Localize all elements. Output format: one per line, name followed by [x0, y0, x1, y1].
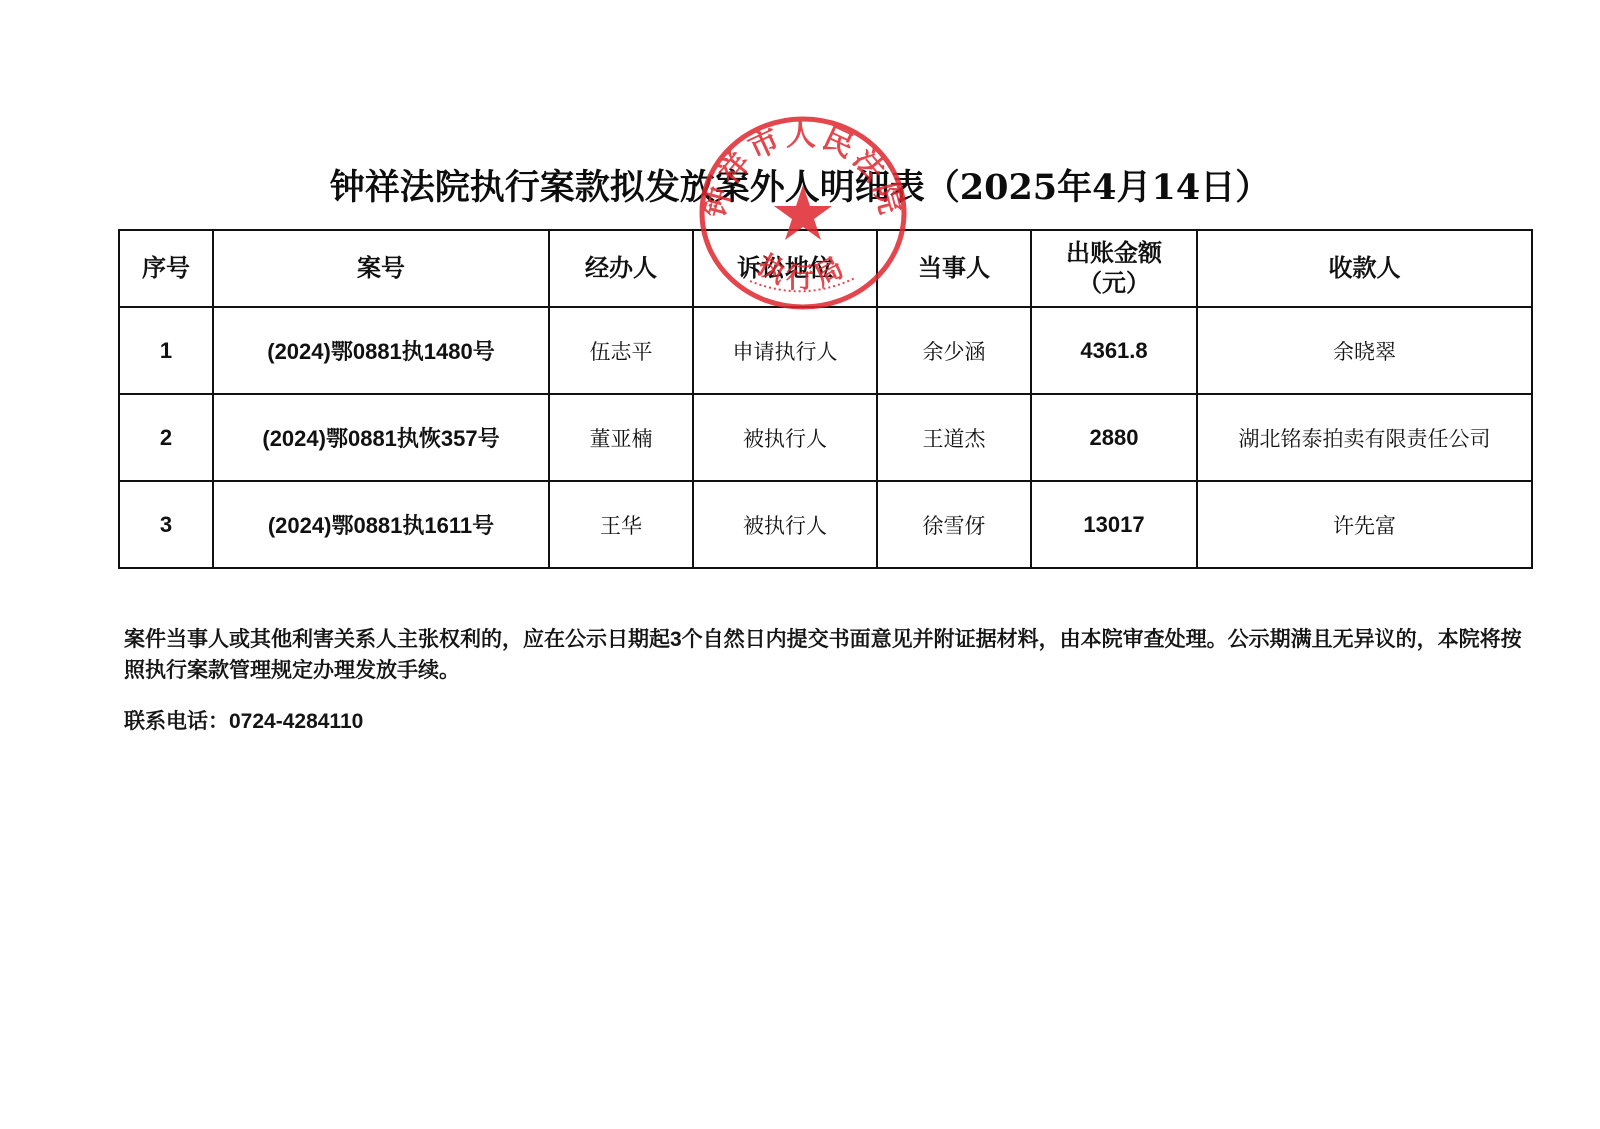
- cell-handler: 王华: [549, 481, 693, 568]
- header-case-no: 案号: [213, 230, 549, 307]
- contact-label: 联系电话：: [124, 710, 229, 733]
- cell-handler: 董亚楠: [549, 394, 693, 481]
- cell-party: 徐雪伢: [877, 481, 1031, 568]
- payout-table-container: 序号 案号 经办人 诉讼地位 当事人 出账金额 （元） 收款人 1 (2024)…: [118, 229, 1531, 569]
- cell-seq: 2: [119, 394, 213, 481]
- contact-phone: 0724-4284110: [229, 710, 363, 733]
- header-amount-line2: （元）: [1032, 269, 1196, 299]
- cell-party: 余少涵: [877, 307, 1031, 394]
- objection-notice: 案件当事人或其他利害关系人主张权利的，应在公示日期起3个自然日内提交书面意见并附…: [124, 624, 1524, 686]
- cell-seq: 3: [119, 481, 213, 568]
- payout-detail-table: 序号 案号 经办人 诉讼地位 当事人 出账金额 （元） 收款人 1 (2024)…: [118, 229, 1533, 569]
- contact-line: 联系电话：0724-4284110: [124, 706, 363, 737]
- header-amount-line1: 出账金额: [1032, 239, 1196, 269]
- table-row: 2 (2024)鄂0881执恢357号 董亚楠 被执行人 王道杰 2880 湖北…: [119, 394, 1532, 481]
- cell-seq: 1: [119, 307, 213, 394]
- cell-amount: 2880: [1031, 394, 1197, 481]
- cell-amount: 13017: [1031, 481, 1197, 568]
- table-row: 1 (2024)鄂0881执1480号 伍志平 申请执行人 余少涵 4361.8…: [119, 307, 1532, 394]
- header-amount: 出账金额 （元）: [1031, 230, 1197, 307]
- table-header-row: 序号 案号 经办人 诉讼地位 当事人 出账金额 （元） 收款人: [119, 230, 1532, 307]
- cell-party: 王道杰: [877, 394, 1031, 481]
- cell-litigation-status: 申请执行人: [693, 307, 877, 394]
- cell-case-no: (2024)鄂0881执1480号: [213, 307, 549, 394]
- header-seq: 序号: [119, 230, 213, 307]
- header-litigation-status: 诉讼地位: [693, 230, 877, 307]
- cell-case-no: (2024)鄂0881执恢357号: [213, 394, 549, 481]
- cell-amount: 4361.8: [1031, 307, 1197, 394]
- cell-payee: 湖北铭泰拍卖有限责任公司: [1197, 394, 1532, 481]
- header-party: 当事人: [877, 230, 1031, 307]
- cell-handler: 伍志平: [549, 307, 693, 394]
- header-payee: 收款人: [1197, 230, 1532, 307]
- header-handler: 经办人: [549, 230, 693, 307]
- page-title: 钟祥法院执行案款拟发放案外人明细表（2025年4月14日）: [0, 160, 1600, 216]
- cell-payee: 余晓翠: [1197, 307, 1532, 394]
- cell-litigation-status: 被执行人: [693, 481, 877, 568]
- cell-litigation-status: 被执行人: [693, 394, 877, 481]
- cell-payee: 许先富: [1197, 481, 1532, 568]
- table-row: 3 (2024)鄂0881执1611号 王华 被执行人 徐雪伢 13017 许先…: [119, 481, 1532, 568]
- cell-case-no: (2024)鄂0881执1611号: [213, 481, 549, 568]
